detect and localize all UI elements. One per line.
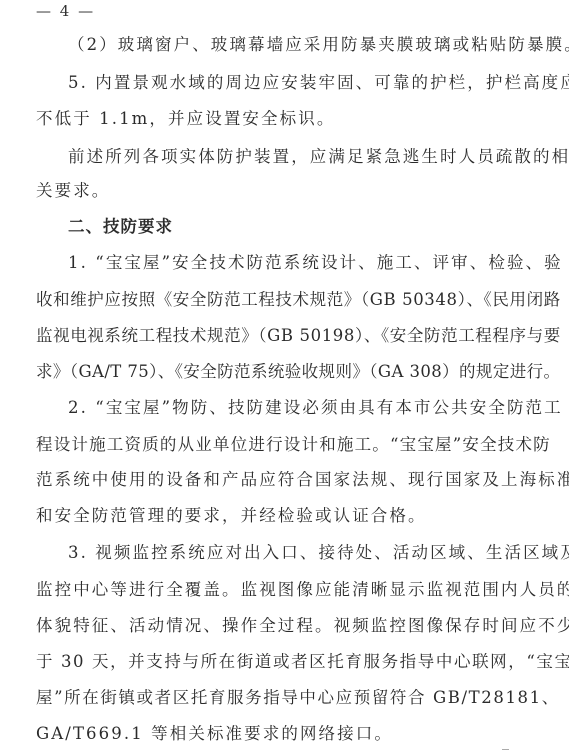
paragraph-line: 关要求。: [36, 180, 536, 202]
paragraph-line: 体貌特征、活动情况、操作全过程。视频监控图像保存时间应不少: [36, 615, 536, 637]
paragraph-line: 监控中心等进行全覆盖。监视图像应能清晰显示监视范围内人员的: [36, 579, 536, 601]
paragraph-line: 前述所列各项实体防护装置，应满足紧急逃生时人员疏散的相: [68, 146, 536, 168]
paragraph-line: 于 30 天，并支持与所在街道或者区托育服务指导中心联网，“宝宝: [36, 651, 536, 673]
scan-artifact-mark: [502, 749, 509, 750]
paragraph-line: 屋”所在街镇或者区托育服务指导中心应预留符合 GB/T28181、: [36, 687, 536, 709]
paragraph-line: GA/T669.1 等相关标准要求的网络接口。: [36, 723, 536, 745]
paragraph-line: 求》（GA/T 75）、《安全防范系统验收规则》（GA 308）的规定进行。: [36, 361, 536, 383]
paragraph-line: 监视电视系统工程技术规范》（GB 50198）、《安全防范工程程序与要: [36, 325, 536, 347]
paragraph-line: 和安全防范管理的要求，并经检验或认证合格。: [36, 505, 536, 527]
paragraph-line: 不低于 1.1m，并应设置安全标识。: [36, 108, 536, 130]
section-heading: 二、技防要求: [68, 216, 536, 238]
paragraph-line: 2. “宝宝屋”物防、技防建设必须由具有本市公共安全防范工: [68, 397, 536, 419]
paragraph-line: 范系统中使用的设备和产品应符合国家法规、现行国家及上海标准: [36, 469, 536, 491]
paragraph-line: 3. 视频监控系统应对出入口、接待处、活动区域、生活区域及: [68, 542, 536, 564]
paragraph-line: 1. “宝宝屋”安全技术防范系统设计、施工、评审、检验、验: [68, 252, 536, 274]
paragraph-line: 收和维护应按照《安全防范工程技术规范》（GB 50348）、《民用闭路: [36, 289, 536, 311]
paragraph-line: （2）玻璃窗户、玻璃幕墙应采用防暴夹膜玻璃或粘贴防暴膜。: [68, 34, 536, 56]
page-number: — 4 —: [36, 2, 95, 20]
paragraph-line: 5. 内置景观水域的周边应安装牢固、可靠的护栏，护栏高度应: [68, 72, 536, 94]
paragraph-line: 程设计施工资质的从业单位进行设计和施工。“宝宝屋”安全技术防: [36, 434, 536, 456]
